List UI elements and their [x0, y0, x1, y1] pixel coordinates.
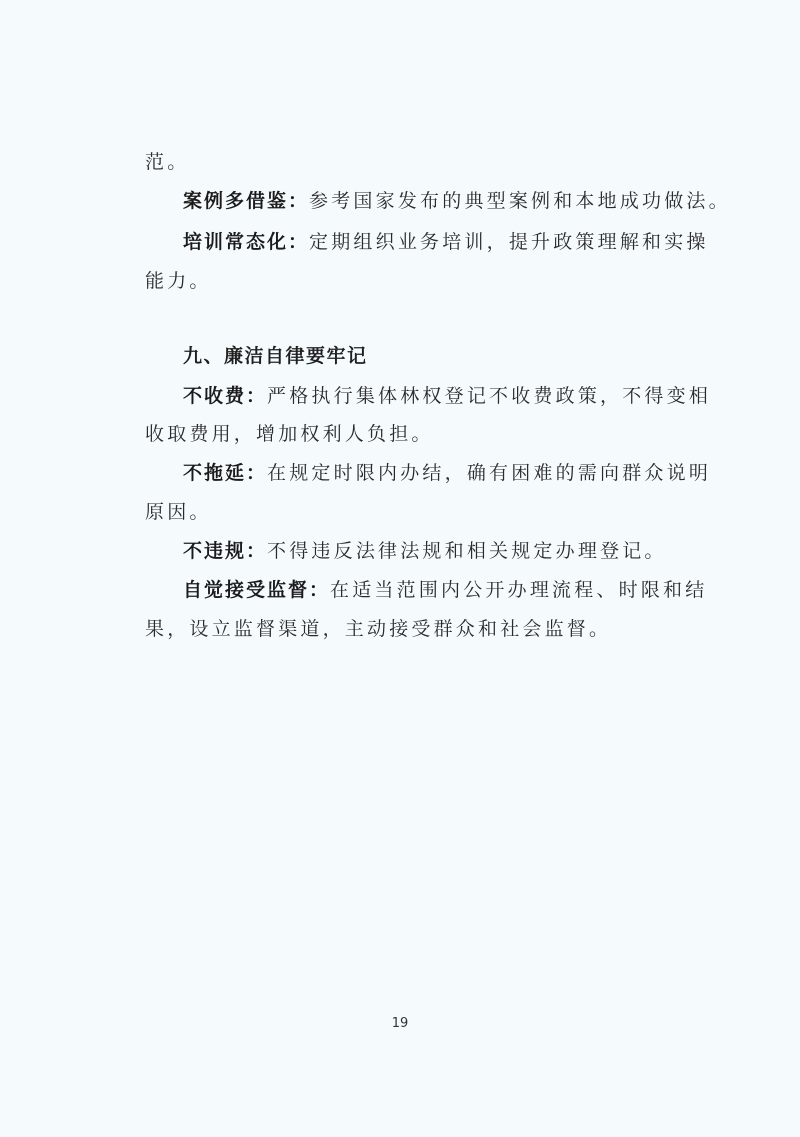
paragraph-label: 不收费： — [183, 385, 267, 407]
paragraph-label: 不违规： — [183, 540, 267, 562]
paragraph-text: 在规定时限内办结，确有困难的需向群众说明 — [267, 462, 711, 484]
paragraph-text: 定期组织业务培训，提升政策理解和实操 — [309, 231, 709, 253]
paragraph-text: 收取费用，增加权利人负担。 — [145, 423, 434, 445]
page-number: 19 — [0, 1016, 800, 1031]
paragraph-text: 能力。 — [145, 270, 212, 292]
paragraph-training: 培训常态化：定期组织业务培训，提升政策理解和实操 — [183, 230, 703, 254]
paragraph-label: 案例多借鉴： — [183, 190, 309, 212]
paragraph-text: 原因。 — [145, 501, 212, 523]
paragraph-text: 严格执行集体林权登记不收费政策，不得变相 — [267, 385, 711, 407]
paragraph-text: 参考国家发布的典型案例和本地成功做法。 — [309, 190, 731, 212]
text: 范。 — [145, 151, 189, 173]
paragraph-training-cont: 能力。 — [145, 269, 665, 293]
paragraph-label: 自觉接受监督： — [183, 579, 330, 601]
paragraph-continuation: 范。 — [145, 150, 665, 174]
paragraph-supervision: 自觉接受监督：在适当范围内公开办理流程、时限和结 — [183, 578, 703, 602]
paragraph-text: 不得违反法律法规和相关规定办理登记。 — [267, 540, 667, 562]
paragraph-text: 果，设立监督渠道，主动接受群众和社会监督。 — [145, 618, 611, 640]
paragraph-no-delay: 不拖延：在规定时限内办结，确有困难的需向群众说明 — [183, 461, 703, 485]
paragraph-no-fee-cont: 收取费用，增加权利人负担。 — [145, 422, 665, 446]
document-page: 范。 案例多借鉴：参考国家发布的典型案例和本地成功做法。 培训常态化：定期组织业… — [0, 0, 800, 1137]
paragraph-no-violation: 不违规：不得违反法律法规和相关规定办理登记。 — [183, 539, 703, 563]
paragraph-label: 培训常态化： — [183, 231, 309, 253]
section-heading: 九、廉洁自律要牢记 — [183, 344, 703, 368]
paragraph-case-reference: 案例多借鉴：参考国家发布的典型案例和本地成功做法。 — [183, 189, 703, 213]
paragraph-text: 在适当范围内公开办理流程、时限和结 — [330, 579, 707, 601]
paragraph-no-fee: 不收费：严格执行集体林权登记不收费政策，不得变相 — [183, 384, 703, 408]
paragraph-no-delay-cont: 原因。 — [145, 500, 665, 524]
paragraph-supervision-cont: 果，设立监督渠道，主动接受群众和社会监督。 — [145, 617, 665, 641]
paragraph-label: 不拖延： — [183, 462, 267, 484]
